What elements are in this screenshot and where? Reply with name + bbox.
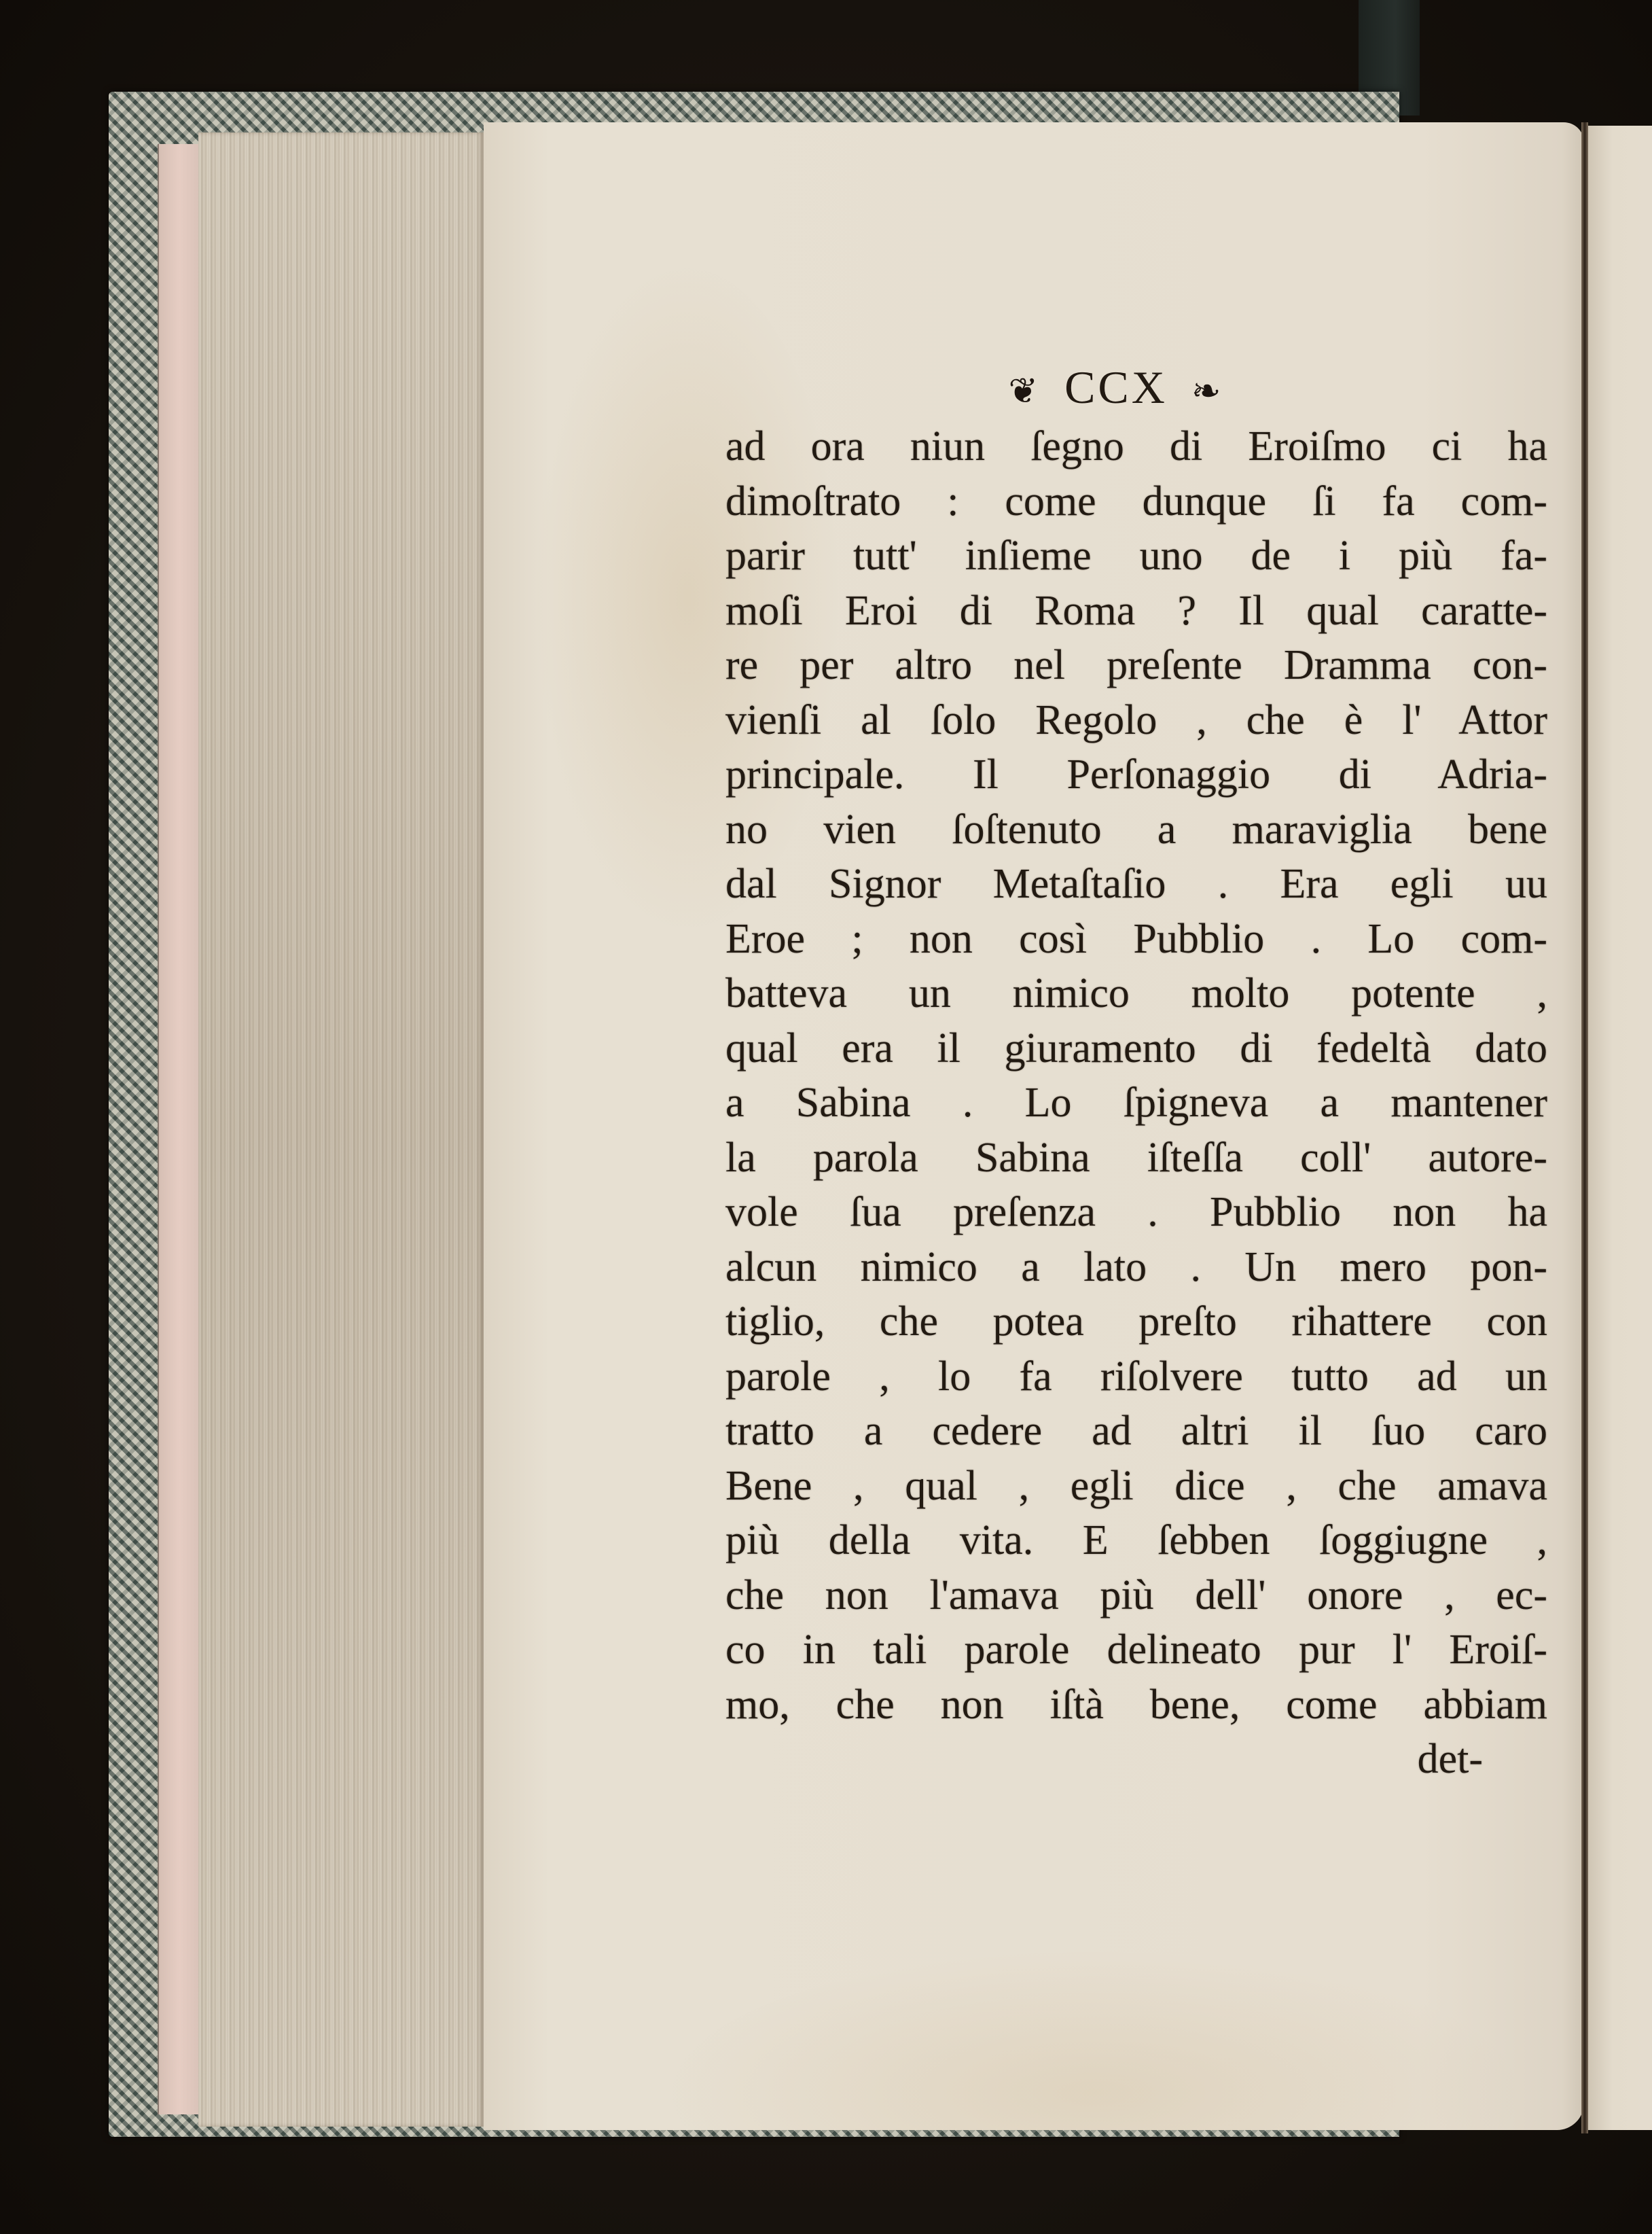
text-line: alcun nimico a lato . Un mero pon- bbox=[725, 1240, 1547, 1295]
text-line: Bene , qual , egli dice , che amava bbox=[725, 1459, 1547, 1514]
text-block: ❦ CCX ❧ ad ora niun ſegno di Eroiſmo ci … bbox=[725, 360, 1547, 1786]
text-line: parir tutt' inſieme uno de i più fa- bbox=[725, 529, 1547, 584]
pink-pastedown-edge bbox=[158, 144, 200, 2114]
text-line: re per altro nel preſente Dramma con- bbox=[725, 638, 1547, 693]
text-line: tratto a cedere ad altri il ſuo caro bbox=[725, 1404, 1547, 1459]
running-head: ❦ CCX ❧ bbox=[685, 360, 1547, 419]
text-line: parole , lo fa riſolvere tutto ad un bbox=[725, 1349, 1547, 1404]
text-line: tiglio, che potea preſto rihattere con bbox=[725, 1294, 1547, 1349]
text-line: Eroe ; non così Pubblio . Lo com- bbox=[725, 912, 1547, 967]
text-line: che non l'amava più dell' onore , ec- bbox=[725, 1568, 1547, 1623]
text-line: dimoſtrato : come dunque ſi fa com- bbox=[725, 474, 1547, 529]
text-line: batteva un nimico molto potente , bbox=[725, 966, 1547, 1021]
text-line: co in tali parole delineato pur l' Eroiſ… bbox=[725, 1623, 1547, 1678]
text-line: no vien ſoſtenuto a maraviglia bene bbox=[725, 802, 1547, 857]
text-line: vienſi al ſolo Regolo , che è l' Attor bbox=[725, 693, 1547, 748]
page-number: CCX bbox=[1064, 361, 1168, 413]
text-line: mo, che non iſtà bene, come abbiam bbox=[725, 1678, 1547, 1733]
facing-page-edge bbox=[1588, 126, 1652, 2130]
catchword: det- bbox=[725, 1732, 1547, 1786]
text-line: moſi Eroi di Roma ? Il qual caratte- bbox=[725, 584, 1547, 639]
text-line: a Sabina . Lo ſpigneva a mantener bbox=[725, 1076, 1547, 1131]
text-line: più della vita. E ſebben ſoggiugne , bbox=[725, 1513, 1547, 1568]
text-line: principale. Il Perſonaggio di Adria- bbox=[725, 747, 1547, 802]
fleuron-left-icon: ❦ bbox=[1009, 365, 1041, 419]
fleuron-right-icon: ❧ bbox=[1191, 365, 1224, 419]
text-line: dal Signor Metaſtaſio . Era egli uu bbox=[725, 857, 1547, 912]
text-line: vole ſua preſenza . Pubblio non ha bbox=[725, 1185, 1547, 1240]
text-line: qual era il giuramento di fedeltà dato bbox=[725, 1021, 1547, 1076]
page-fore-edge-stack bbox=[198, 132, 484, 2127]
page-gutter bbox=[1581, 122, 1588, 2133]
text-line: ad ora niun ſegno di Eroiſmo ci ha bbox=[725, 419, 1547, 474]
text-line: la parola Sabina iſteſſa coll' autore- bbox=[725, 1131, 1547, 1186]
